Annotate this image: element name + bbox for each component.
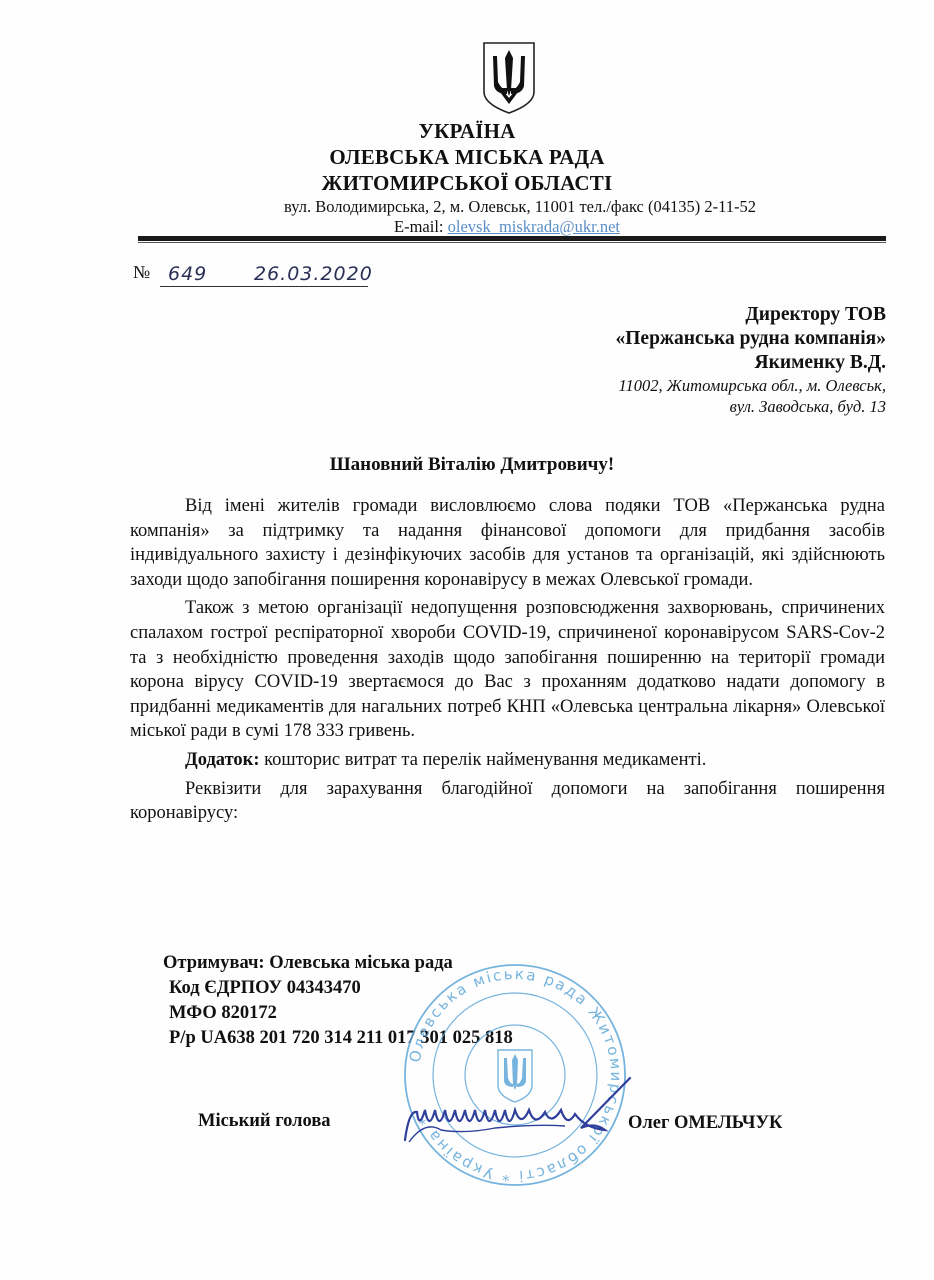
header-divider-thin [138, 242, 886, 243]
header-council-name: ОЛЕВСЬКА МІСЬКА РАДА [0, 145, 934, 170]
registration-number: 649 [168, 263, 207, 285]
handwritten-signature-icon [395, 1070, 645, 1150]
addressee-name: Якименку В.Д. [616, 351, 887, 375]
body-paragraph-requisites-intro: Реквізити для зарахування благодійної до… [130, 777, 885, 826]
addressee-address-line2: вул. Заводська, буд. 13 [616, 396, 887, 417]
signatory-title: Міський голова [198, 1111, 331, 1132]
body-paragraph-2: Також з метою організації недопущення ро… [130, 596, 885, 744]
addressee-address-line1: 11002, Житомирська обл., м. Олевськ, [616, 375, 887, 396]
attachment-paragraph: Додаток: кошторис витрат та перелік найм… [130, 748, 885, 773]
header-divider [138, 236, 886, 241]
number-sign: № [133, 262, 150, 283]
header-region: ЖИТОМИРСЬКОЇ ОБЛАСТІ [0, 171, 934, 196]
number-underline [160, 286, 368, 287]
attachment-label: Додаток: [185, 750, 260, 770]
header-address: вул. Володимирська, 2, м. Олевськ, 11001… [240, 197, 800, 217]
attachment-text: кошторис витрат та перелік найменування … [260, 750, 707, 770]
header-country: УКРАЇНА [0, 119, 934, 144]
registration-date: 26.03.2020 [254, 263, 373, 285]
email-link[interactable]: olevsk_miskrada@ukr.net [448, 217, 620, 236]
trident-coat-of-arms-icon [480, 40, 538, 116]
letter-body: Від імені жителів громади висловлюємо сл… [130, 494, 885, 826]
letter-page: УКРАЇНА ОЛЕВСЬКА МІСЬКА РАДА ЖИТОМИРСЬКО… [0, 0, 934, 1280]
email-label: E-mail: [394, 217, 448, 236]
header-email-line: E-mail: olevsk_miskrada@ukr.net [0, 217, 934, 237]
signatory-name: Олег ОМЕЛЬЧУК [628, 1113, 782, 1134]
addressee-company: «Пержанська рудна компанія» [616, 327, 887, 351]
salutation: Шановний Віталію Дмитровичу! [0, 454, 934, 476]
addressee-position: Директору ТОВ [616, 303, 887, 327]
body-paragraph-1: Від імені жителів громади висловлюємо сл… [130, 494, 885, 592]
addressee-block: Директору ТОВ «Пержанська рудна компанія… [616, 303, 887, 417]
